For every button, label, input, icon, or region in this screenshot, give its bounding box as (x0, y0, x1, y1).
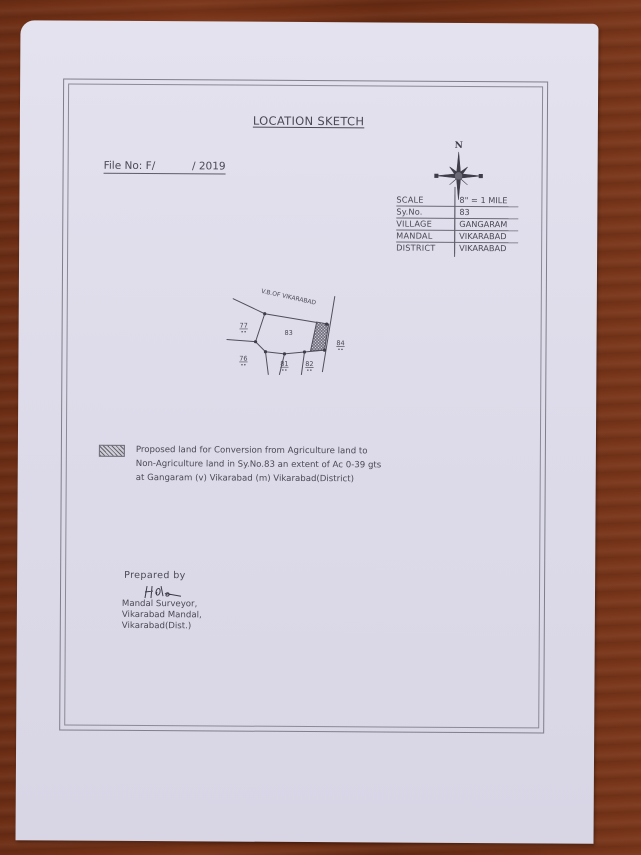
survey-no-77: 77 (239, 322, 247, 330)
svg-text:••: •• (306, 368, 312, 374)
file-number: File No: F/ / 2019 (104, 160, 226, 175)
info-row-district: DISTRICT VIKARABAD (396, 243, 518, 255)
survey-info-table: SCALE 8" = 1 MILE Sy.No. 83 VILLAGE GANG… (396, 195, 518, 255)
compass-rose-icon: N (433, 138, 483, 200)
page-title: LOCATION SKETCH (253, 114, 365, 129)
info-row-scale: SCALE 8" = 1 MILE (396, 195, 518, 208)
north-label: N (455, 141, 463, 151)
survey-no-81: 81 (280, 360, 288, 368)
info-row-mandal: MANDAL VIKARABAD (396, 231, 518, 244)
survey-no-76: 76 (239, 355, 247, 363)
svg-text:••: •• (338, 347, 344, 353)
svg-text:••: •• (281, 368, 287, 374)
info-row-village: VILLAGE GANGARAM (396, 219, 518, 232)
survey-no-84: 84 (336, 339, 344, 347)
survey-no-83: 83 (284, 329, 292, 337)
survey-no-82: 82 (305, 360, 313, 368)
file-number-label: File No: F/ (104, 160, 156, 172)
hatched-area-legend-icon (99, 445, 125, 457)
svg-text:••: •• (241, 330, 247, 336)
paper-sheet: LOCATION SKETCH File No: F/ / 2019 N (16, 20, 599, 844)
info-row-survey-no: Sy.No. 83 (396, 207, 518, 220)
surveyor-designation: Mandal Surveyor, Vikarabad Mandal, Vikar… (122, 599, 202, 632)
file-number-year: / 2019 (192, 160, 226, 172)
location-sketch-map: V.B.OF VIKARABAD 83 77 76 81 82 84 •• ••… (222, 279, 363, 390)
prepared-by-label: Prepared by (124, 570, 186, 581)
legend-description: Proposed land for Conversion from Agricu… (136, 443, 382, 486)
road-label: V.B.OF VIKARABAD (260, 288, 317, 307)
svg-text:••: •• (240, 363, 246, 369)
